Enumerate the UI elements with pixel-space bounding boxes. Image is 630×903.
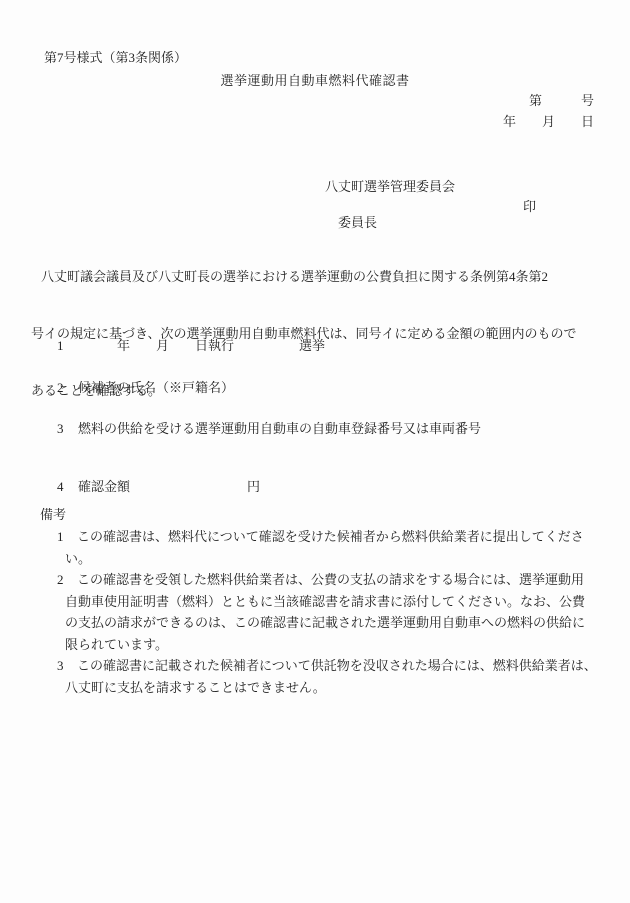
item-number: 1: [57, 338, 78, 354]
note-row: 1 この確認書は、燃料代について確認を受けた候補者から燃料供給業者に提出してくだ…: [57, 526, 602, 569]
note-line: 限られています。: [65, 634, 602, 656]
item-number: 4: [57, 479, 78, 495]
note-line: 自動車使用証明書（燃料）とともに当該確認書を請求書に添付してください。なお、公費: [65, 591, 602, 613]
note-row: 2 この確認書を受領した燃料供給業者は、公費の支払の請求をする場合には、選挙運動…: [57, 569, 602, 655]
note-line: の支払の請求ができるのは、この確認書に記載された選挙運動用自動車への燃料の供給に: [65, 612, 602, 634]
note-row: 3 この確認書に記載された候補者について供託物を没収された場合には、燃料供給業者…: [57, 655, 602, 698]
note-number: 3: [57, 655, 64, 677]
item-row-vehicle-number: 3燃料の供給を受ける選挙運動用自動車の自動車登録番号又は車両番号: [44, 402, 481, 453]
note-line: 八丈町に支払を請求することはできません。: [65, 677, 602, 699]
note-line: この確認書に記載された候補者について供託物を没収された場合には、燃料供給業者は、: [65, 655, 602, 677]
item-number: 2: [57, 380, 78, 396]
note-number: 1: [57, 526, 64, 548]
committee-name: 八丈町選挙管理委員会: [325, 176, 455, 195]
note-line: この確認書を受領した燃料供給業者は、公費の支払の請求をする場合には、選挙運動用: [65, 569, 602, 591]
item-text: 候補者の氏名（※戸籍名）: [78, 380, 234, 395]
note-number: 2: [57, 569, 64, 591]
paragraph-line: 八丈町議会議員及び八丈町長の選挙における選挙運動の公費負担に関する条例第4条第2: [31, 264, 596, 289]
note-line: い。: [65, 548, 602, 570]
item-text: 年 月 日執行 選挙: [78, 338, 325, 353]
form-number-label: 第7号様式（第3条関係）: [44, 47, 187, 66]
item-row-confirmed-amount: 4確認金額 円: [44, 460, 260, 511]
item-text: 燃料の供給を受ける選挙運動用自動車の自動車登録番号又は車両番号: [78, 421, 481, 436]
remarks-section: 1 この確認書は、燃料代について確認を受けた候補者から燃料供給業者に提出してくだ…: [57, 526, 602, 698]
doc-number-line: 第 号: [529, 90, 594, 109]
chairman-label: 委員長: [338, 215, 377, 230]
document-page: 第7号様式（第3条関係） 選挙運動用自動車燃料代確認書 第 号 年 月 日 八丈…: [0, 0, 630, 903]
remarks-label: 備考: [40, 504, 66, 523]
item-text: 確認金額 円: [78, 479, 260, 494]
note-line: この確認書は、燃料代について確認を受けた候補者から燃料供給業者に提出してくださ: [65, 526, 602, 548]
issue-date-line: 年 月 日: [503, 111, 594, 130]
seal-mark: 印: [523, 196, 536, 215]
item-number: 3: [57, 421, 78, 437]
document-title: 選挙運動用自動車燃料代確認書: [0, 70, 630, 89]
